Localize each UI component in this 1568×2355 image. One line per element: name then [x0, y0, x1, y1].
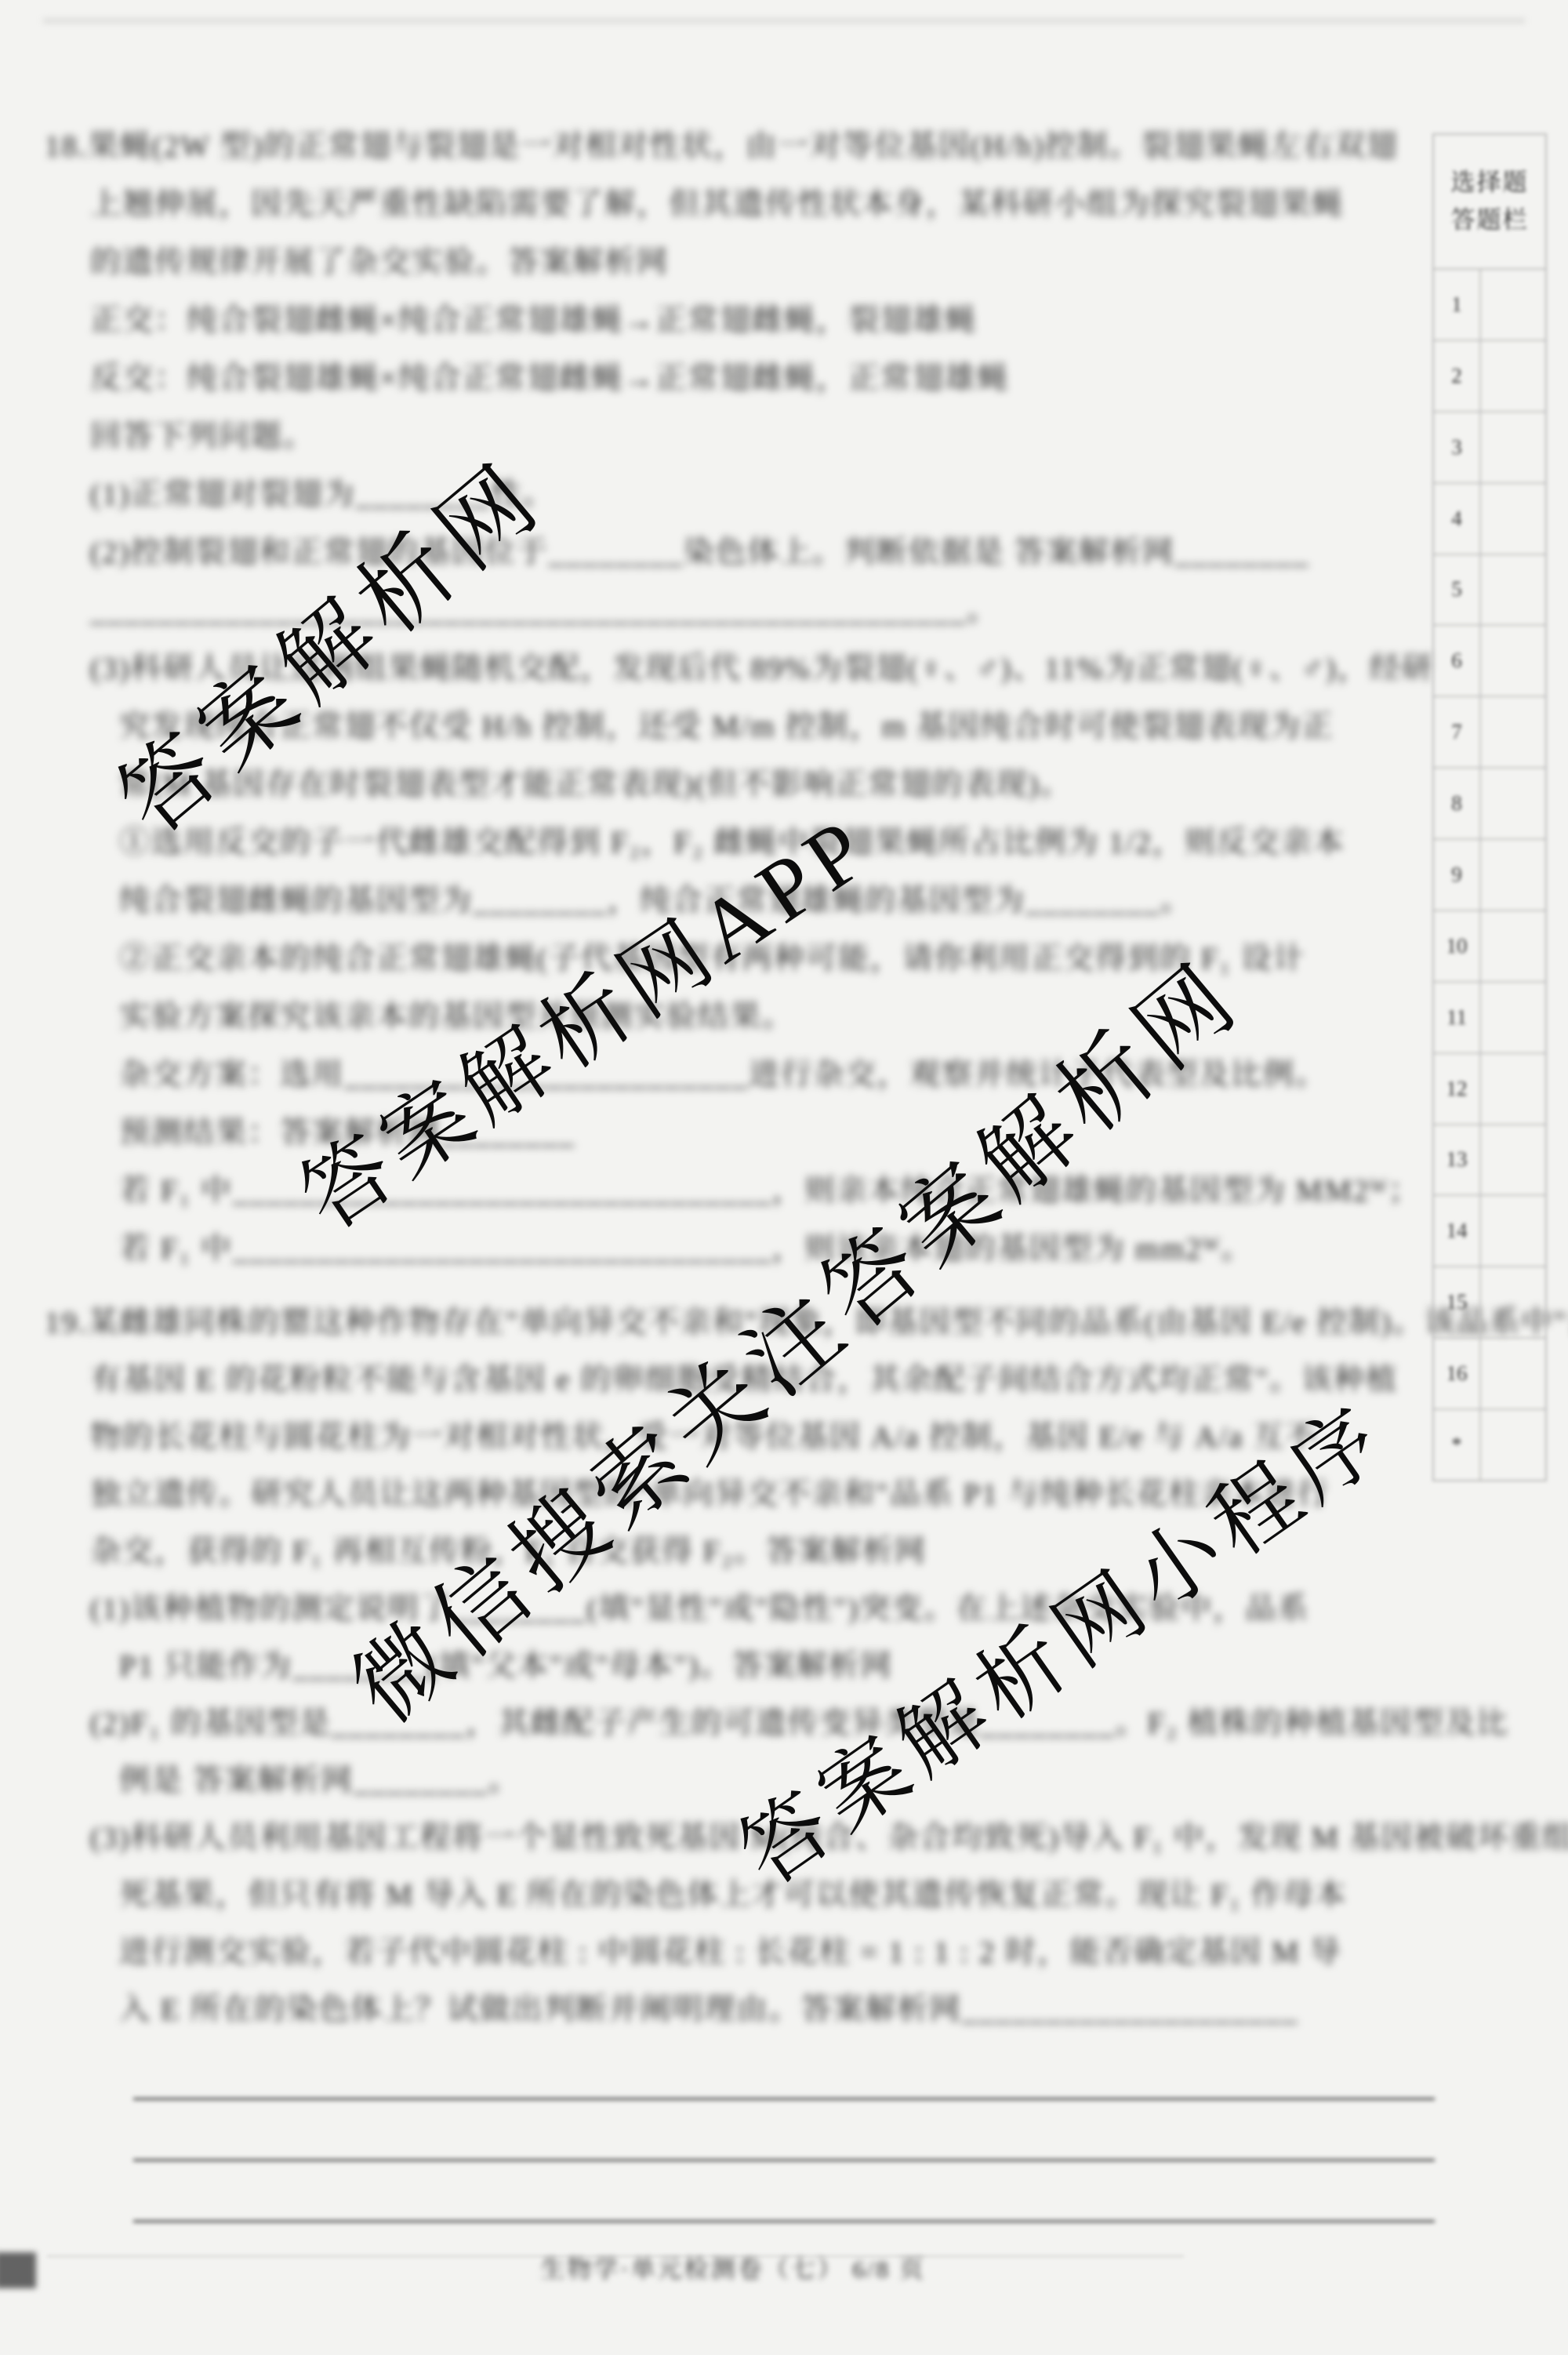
answer-row-number: 12: [1434, 1054, 1481, 1124]
text-line: (3)科研人员利用基因工程将一个显性致死基因 M(纯合、杂合均致死)导入 F₁ …: [0, 1809, 1419, 1866]
text-line: 若 F₁ 中________________________________，则…: [0, 1162, 1419, 1220]
corner-ink-mark: [0, 2252, 36, 2288]
answer-row: 13: [1434, 1125, 1545, 1197]
answer-row-blank: [1481, 626, 1545, 696]
answer-row-number: 8: [1434, 769, 1481, 838]
page-top-rule: [43, 19, 1525, 23]
answer-row-blank: [1481, 697, 1545, 767]
text-line: (1)正常翅对裂翅为________性。: [0, 466, 1419, 524]
answer-row-blank: [1481, 484, 1545, 554]
answer-row: 1: [1434, 270, 1545, 341]
text-line: 若 F₁ 中________________________________，则…: [0, 1220, 1419, 1278]
text-line: 的遗传规律开展了杂交实验。答案解析网: [0, 234, 1419, 292]
text-line: 入 E 所在的染色体上？试做出判断并阐明理由。答案解析网____________…: [0, 1981, 1419, 2038]
answer-row-number: 13: [1434, 1125, 1481, 1195]
answer-row-number: 15: [1434, 1267, 1481, 1337]
text-line: 上翘伸展，因先天严重性缺陷需要了解，但其遗传性状本身，某科研小组为探究裂翅果蝇: [0, 176, 1419, 234]
answer-row-blank: [1481, 1196, 1545, 1266]
text-line: ________________________________________…: [0, 582, 1419, 640]
answer-row-number: 10: [1434, 911, 1481, 981]
answer-row-blank: [1481, 1125, 1545, 1195]
answer-row: 4: [1434, 484, 1545, 555]
answer-row: 2: [1434, 341, 1545, 412]
answer-row-number: 6: [1434, 626, 1481, 696]
answer-row: 11: [1434, 983, 1545, 1054]
answer-row: 14: [1434, 1196, 1545, 1267]
answer-row-number: *: [1434, 1410, 1481, 1480]
blank-answer-line: [133, 2159, 1435, 2161]
answer-row-blank: [1481, 1339, 1545, 1408]
text-line: P1 只能作为________(填"父本"或"母本")。答案解析网: [0, 1637, 1419, 1695]
text-line: (2)控制裂翅和正常翅的基因位于________染色体上。判断依据是 答案解析网…: [0, 524, 1419, 582]
answer-row-blank: [1481, 341, 1545, 411]
answer-row-blank: [1481, 555, 1545, 625]
answer-row-number: 11: [1434, 983, 1481, 1052]
answer-row-blank: [1481, 1267, 1545, 1337]
answer-row-number: 16: [1434, 1339, 1481, 1408]
answer-row: 8: [1434, 769, 1545, 840]
answer-row: 5: [1434, 555, 1545, 627]
text-line: 死基果，但只有将 M 导入 E 所在的染色体上才可以使其遗传恢复正常。现让 F₁…: [0, 1866, 1419, 1924]
text-line: (2)F₁ 的基因型是________，其雌配子产生的可遗传变异类型是_____…: [0, 1695, 1419, 1752]
answer-grid-header: 选择题 答题栏: [1434, 135, 1545, 270]
answer-row-number: 4: [1434, 484, 1481, 554]
answer-row-blank: [1481, 983, 1545, 1052]
answer-row: 6: [1434, 626, 1545, 697]
answer-row-number: 5: [1434, 555, 1481, 625]
answer-row-number: 3: [1434, 412, 1481, 482]
text-line: 正交：纯合裂翅雌蝇×纯合正常翅雄蝇→正常翅雌蝇，裂翅雄蝇: [0, 292, 1419, 350]
text-line: 18.果蝇(2W 型)的正常翅与裂翅是一对相对性状，由一对等位基因(H/h)控制…: [0, 118, 1419, 176]
answer-row-blank: [1481, 911, 1545, 981]
answer-row: 16: [1434, 1339, 1545, 1410]
page-footer: 生物学·单元检测卷（七） 6/8 页: [0, 2249, 1466, 2284]
answer-row-number: 7: [1434, 697, 1481, 767]
answer-row: 12: [1434, 1054, 1545, 1125]
answer-row: 3: [1434, 412, 1545, 484]
text-line: 反交：纯合裂翅雄蝇×纯合正常翅雌蝇→正常翅雌蝇，正常翅雄蝇: [0, 350, 1419, 408]
answer-row-blank: [1481, 412, 1545, 482]
answer-row-number: 2: [1434, 341, 1481, 411]
text-line: 例是 答案解析网________。: [0, 1752, 1419, 1809]
answer-grid-body: 12345678910111213141516*: [1434, 270, 1545, 1480]
answer-row: 7: [1434, 697, 1545, 769]
text-line: 预测结果：答案解析网________: [0, 1104, 1419, 1162]
answer-grid-header-line2: 答题栏: [1451, 202, 1529, 239]
answer-grid-header-line1: 选择题: [1451, 164, 1529, 202]
text-line: 进行测交实验，若子代中圆花柱 : 中圆花柱 : 长花柱 = 1 : 1 : 2 …: [0, 1924, 1419, 1981]
blank-answer-line: [133, 2220, 1435, 2222]
answer-row-blank: [1481, 840, 1545, 910]
answer-grid-table: 选择题 答题栏 12345678910111213141516*: [1432, 133, 1547, 1481]
answer-row-number: 14: [1434, 1196, 1481, 1266]
answer-row: 15: [1434, 1267, 1545, 1339]
text-line: 回答下列问题。: [0, 408, 1419, 466]
answer-row-blank: [1481, 1054, 1545, 1124]
answer-row: 10: [1434, 911, 1545, 983]
answer-row-number: 1: [1434, 270, 1481, 340]
answer-row-blank: [1481, 270, 1545, 340]
answer-row-blank: [1481, 1410, 1545, 1480]
exam-page-scan: 18.果蝇(2W 型)的正常翅与裂翅是一对相对性状，由一对等位基因(H/h)控制…: [0, 0, 1568, 2355]
answer-row-number: 9: [1434, 840, 1481, 910]
answer-row-blank: [1481, 769, 1545, 838]
blank-answer-line: [133, 2098, 1435, 2100]
answer-row: 9: [1434, 840, 1545, 911]
answer-row: *: [1434, 1410, 1545, 1480]
